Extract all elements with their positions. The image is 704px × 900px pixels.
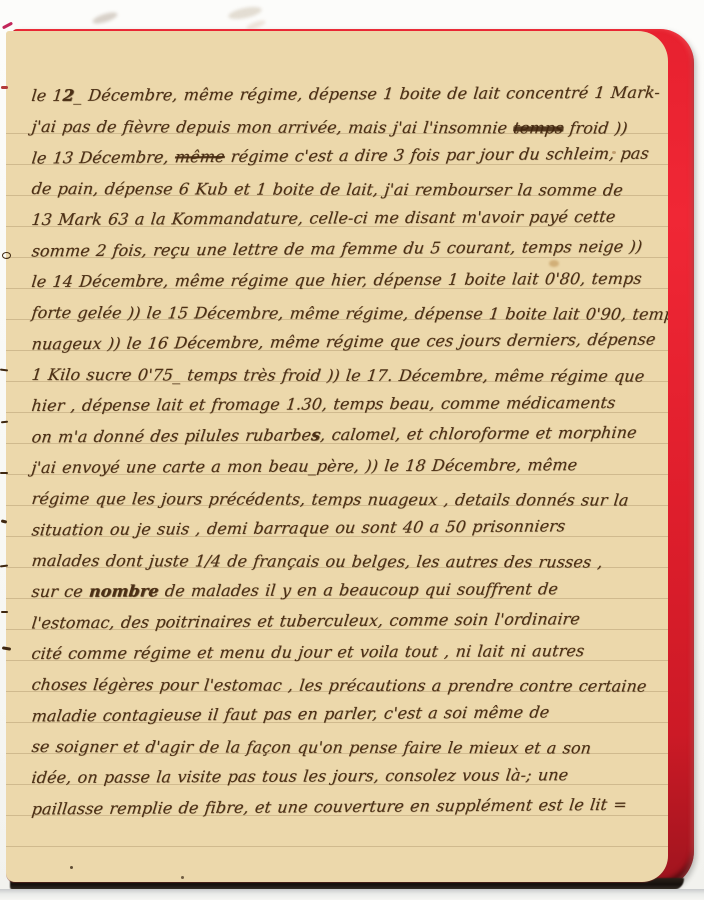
margin-ink-mark — [1, 611, 8, 613]
handwritten-line: le 14 Décembre, même régime que hier, dé… — [30, 263, 665, 297]
handwritten-line: maladie contagieuse il faut pas en parle… — [30, 696, 666, 732]
handwritten-line: le 12_ Décembre, même régime, dépense 1 … — [30, 77, 665, 111]
handwritten-line: cité comme régime et menu du jour et voi… — [30, 635, 665, 669]
handwritten-segment: le 13 Décembre, — [31, 147, 176, 167]
margin-ink-mark — [0, 368, 8, 371]
notebook-page: le 12_ Décembre, même régime, dépense 1 … — [6, 31, 668, 882]
margin-ink-mark — [2, 646, 11, 651]
handwritten-text: le 12_ Décembre, même régime, dépense 1 … — [30, 80, 662, 824]
handwritten-line: somme 2 fois, reçu une lettre de ma femm… — [30, 231, 666, 267]
handwritten-segment: maladie contagieuse il faut pas en parle… — [31, 702, 551, 725]
handwritten-segment: malades dont juste 1/4 de français ou be… — [31, 551, 604, 571]
handwritten-segment: choses légères pour l'estomac , les préc… — [31, 675, 648, 696]
handwritten-segment: de pain, dépense 6 Kub et 1 boite de lai… — [31, 179, 624, 200]
handwritten-line: le 13 Décembre, même régime c'est a dire… — [30, 138, 666, 174]
handwritten-segment: idée, on passe la visite pas tous les jo… — [31, 765, 570, 787]
paper-speck — [70, 866, 73, 869]
handwritten-segment: nombre — [88, 581, 160, 600]
handwritten-segment: j'ai envoyé une carte a mon beau_père, )… — [31, 455, 579, 477]
handwritten-segment: forte gelée )) le 15 Décembre, même régi… — [31, 303, 668, 324]
handwritten-segment: régime que les jours précédents, temps n… — [31, 489, 630, 510]
margin-ink-mark — [2, 252, 11, 259]
handwritten-segment: cité comme régime et menu du jour et voi… — [31, 641, 586, 663]
handwritten-segment: temps — [512, 118, 564, 137]
handwritten-segment: froid )) — [562, 118, 628, 137]
handwritten-segment: hier , dépense lait et fromage 1.30, tem… — [31, 393, 617, 415]
handwritten-line: hier , dépense lait et fromage 1.30, tem… — [30, 387, 665, 421]
handwritten-segment: somme 2 fois, reçu une lettre de ma femm… — [31, 237, 644, 261]
handwritten-segment: paillasse remplie de fibre, et une couve… — [31, 795, 628, 819]
handwritten-line: on m'a donné des pilules rubarbes, calom… — [30, 417, 666, 453]
margin-ink-mark — [1, 86, 8, 89]
scanner-smudge — [91, 10, 118, 26]
scan-bottom-strip — [0, 889, 704, 900]
handwritten-line: 13 Mark 63 a la Kommandature, celle-ci m… — [30, 201, 665, 235]
handwritten-segment: 13 Mark 63 a la Kommandature, celle-ci m… — [31, 207, 617, 229]
handwritten-segment: régime c'est a dire 3 fois par jour du s… — [224, 144, 650, 166]
handwritten-segment: même — [174, 147, 226, 166]
handwritten-line: j'ai envoyé une carte a mon beau_père, )… — [30, 449, 665, 483]
handwritten-line: idée, on passe la visite pas tous les jo… — [30, 759, 665, 793]
handwritten-segment: , calomel, et chloroforme et morphine — [319, 423, 638, 444]
handwritten-line: situation ou je suis , demi barraque ou … — [30, 510, 666, 546]
margin-ink-mark — [1, 519, 8, 523]
handwritten-line: l'estomac, des poitrinaires et tubercule… — [30, 603, 666, 639]
scanner-smudge — [227, 5, 262, 22]
scan-background: le 12_ Décembre, même régime, dépense 1 … — [0, 0, 704, 900]
margin-ink-mark — [0, 472, 8, 474]
handwritten-segment: _ Décembre, même régime, dépense 1 boite… — [73, 83, 661, 105]
handwritten-segment: situation ou je suis , demi barraque ou … — [31, 516, 567, 539]
margin-ink-mark — [2, 22, 13, 30]
handwritten-segment: sur ce — [31, 582, 90, 601]
handwritten-line: sur ce nombre de malades il y en a beauc… — [30, 573, 665, 607]
handwritten-segment: se soigner et d'agir de la façon qu'on p… — [31, 737, 593, 757]
handwritten-segment: 1 Kilo sucre 0'75_ temps très froid )) l… — [31, 365, 646, 386]
handwritten-segment: nuageux )) le 16 Décembre, même régime q… — [31, 330, 657, 354]
handwritten-line: nuageux )) le 16 Décembre, même régime q… — [30, 324, 666, 360]
handwritten-segment: on m'a donné des pilules rubarbe — [31, 425, 313, 446]
handwritten-segment: j'ai pas de fièvre depuis mon arrivée, m… — [31, 117, 515, 137]
handwritten-segment: de malades il y en a beaucoup qui souffr… — [158, 579, 559, 600]
handwritten-segment: le 1 — [31, 86, 64, 105]
handwritten-segment: le 14 Décembre, même régime que hier, dé… — [31, 269, 643, 291]
handwritten-line: paillasse remplie de fibre, et une couve… — [30, 789, 666, 825]
paper-speck — [181, 876, 184, 879]
handwritten-segment: l'estomac, des poitrinaires et tubercule… — [31, 609, 581, 632]
